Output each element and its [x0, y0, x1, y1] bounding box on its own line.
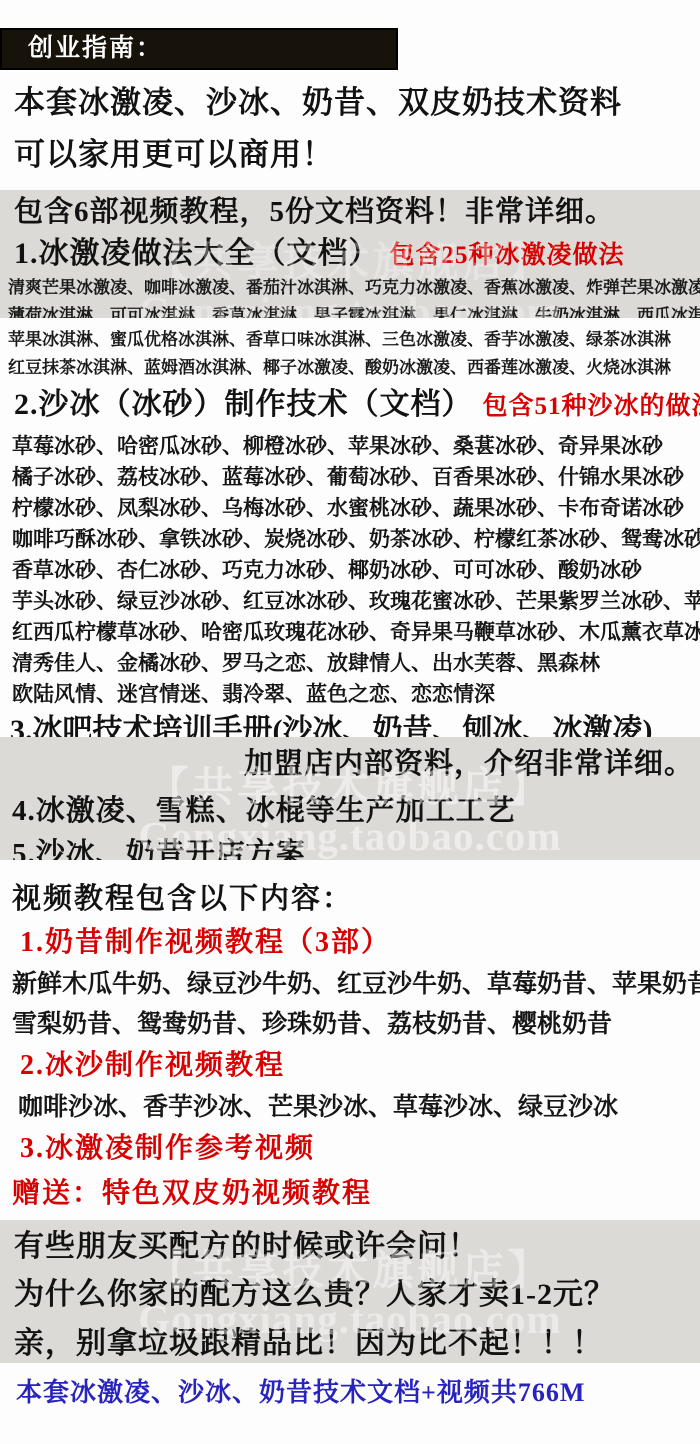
- qa-line-3: 亲，别拿垃圾跟精品比！因为比不起！！！: [14, 1325, 700, 1363]
- doc-section-4-title: 4.冰激凌、雪糕、冰棍等生产加工工艺: [12, 792, 700, 830]
- doc-section-1-note: 包含25种冰激凌做法: [390, 235, 625, 271]
- qa-line-1: 有些朋友买配方的时候或许会问！: [14, 1220, 700, 1266]
- ice-cream-flavor-line: 薄荷冰淇淋、可可冰淇淋、香草冰淇淋、果子露冰淇淋、果仁冰淇淋、牛奶冰淇淋、西瓜冰…: [8, 302, 700, 318]
- smoothie-flavor-line: 橘子冰砂、荔枝冰砂、蓝莓冰砂、葡萄冰砂、百香果冰砂、什锦水果冰砂: [12, 462, 700, 493]
- qa-line-2: 为什么你家的配方这么贵？人家才卖1-2元？: [14, 1276, 700, 1314]
- smoothie-flavor-line: 清秀佳人、金橘冰砂、罗马之恋、放肆情人、出水芙蓉、黑森林: [12, 648, 700, 679]
- smoothie-flavor-line: 欧陆风情、迷宫情迷、翡冷翠、蓝色之恋、恋恋情深: [12, 679, 700, 710]
- smoothie-flavor-line: 红西瓜柠檬草冰砂、哈密瓜玫瑰花冰砂、奇异果马鞭草冰砂、木瓜薰衣草冰砂: [12, 617, 700, 648]
- doc-section-3-subtitle: 加盟店内部资料，介绍非常详细。: [0, 737, 700, 783]
- smoothie-flavor-line: 草莓冰砂、哈密瓜冰砂、柳橙冰砂、苹果冰砂、桑葚冰砂、奇异果冰砂: [12, 431, 700, 462]
- package-size-note: 本套冰激凌、沙冰、奶昔技术文档+视频共766M: [16, 1363, 700, 1410]
- ice-cream-flavor-line: 苹果冰淇淋、蜜瓜优格冰淇淋、香草口味冰淇淋、三色冰激凌、香芋冰激凌、绿茶冰淇淋: [8, 318, 700, 354]
- video-section-2-title: 2.冰沙制作视频教程: [20, 1048, 700, 1084]
- section-footer: 本套冰激凌、沙冰、奶昔技术文档+视频共766M: [0, 1363, 700, 1444]
- header-bar: 创业指南：: [0, 28, 398, 70]
- video-section-1-title: 1.奶昔制作视频教程（3部）: [20, 925, 700, 961]
- doc-section-2-note: 包含51种沙冰的做法: [483, 386, 700, 422]
- section-contents-summary: 包含6部视频教程，5份文档资料！非常详细。 1.冰激凌做法大全（文档） 包含25…: [0, 190, 700, 318]
- slush-flavor-line: 咖啡沙冰、香芋沙冰、芒果沙冰、草莓沙冰、绿豆沙冰: [18, 1091, 700, 1124]
- header-bar-label: 创业指南：: [28, 35, 163, 62]
- section-doc-lists: 苹果冰淇淋、蜜瓜优格冰淇淋、香草口味冰淇淋、三色冰激凌、香芋冰激凌、绿茶冰淇淋 …: [0, 318, 700, 737]
- intro-line-1: 本套冰激凌、沙冰、奶昔、双皮奶技术资料: [14, 84, 700, 122]
- product-description-page: 创业指南： 本套冰激凌、沙冰、奶昔、双皮奶技术资料 可以家用更可以商用！ 包含6…: [0, 0, 700, 1444]
- doc-section-5-title: 5.沙冰、奶昔开店方案: [12, 835, 700, 860]
- ice-cream-flavor-line: 红豆抹茶冰淇淋、蓝姆酒冰淇淋、椰子冰激凌、酸奶冰激凌、西番莲冰激凌、火烧冰淇淋: [8, 354, 700, 382]
- section-intro: 创业指南： 本套冰激凌、沙冰、奶昔、双皮奶技术资料 可以家用更可以商用！: [0, 0, 700, 190]
- section-doc-3-5: 加盟店内部资料，介绍非常详细。 4.冰激凌、雪糕、冰棍等生产加工工艺 5.沙冰、…: [0, 737, 700, 860]
- ice-cream-flavor-line: 清爽芒果冰激凌、咖啡冰激凌、番茄汁冰淇淋、巧克力冰激凌、香蕉冰激凌、炸弹芒果冰激…: [8, 274, 700, 302]
- bonus-video-title: 赠送：特色双皮奶视频教程: [12, 1176, 700, 1212]
- doc-section-1-heading: 1.冰激凌做法大全（文档） 包含25种冰激凌做法: [14, 234, 700, 274]
- smoothie-flavor-line: 香草冰砂、杏仁冰砂、巧克力冰砂、椰奶冰砂、可可冰砂、酸奶冰砂: [12, 555, 700, 586]
- smoothie-flavor-line: 柠檬冰砂、凤梨冰砂、乌梅冰砂、水蜜桃冰砂、蔬果冰砂、卡布奇诺冰砂: [12, 493, 700, 524]
- doc-section-2-heading: 2.沙冰（冰砂）制作技术（文档） 包含51种沙冰的做法: [14, 385, 700, 425]
- contents-summary-line: 包含6部视频教程，5份文档资料！非常详细。: [14, 190, 700, 231]
- doc-section-2-title: 2.沙冰（冰砂）制作技术（文档）: [14, 385, 473, 425]
- section-videos: 视频教程包含以下内容： 1.奶昔制作视频教程（3部） 新鲜木瓜牛奶、绿豆沙牛奶、…: [0, 860, 700, 1220]
- milkshake-flavor-line: 新鲜木瓜牛奶、绿豆沙牛奶、红豆沙牛奶、草莓奶昔、苹果奶昔: [12, 968, 700, 1001]
- video-contents-heading: 视频教程包含以下内容：: [12, 860, 700, 918]
- milkshake-flavor-line: 雪梨奶昔、鸳鸯奶昔、珍珠奶昔、荔枝奶昔、樱桃奶昔: [12, 1008, 700, 1041]
- intro-line-2: 可以家用更可以商用！: [14, 136, 700, 174]
- doc-section-3-title: 3.冰吧技术培训手册(沙冰、奶昔、刨冰、冰激凌): [10, 712, 700, 737]
- section-qa: 有些朋友买配方的时候或许会问！ 为什么你家的配方这么贵？人家才卖1-2元？ 亲，…: [0, 1220, 700, 1363]
- doc-section-1-title: 1.冰激凌做法大全（文档）: [14, 234, 380, 274]
- video-section-3-title: 3.冰激凌制作参考视频: [20, 1131, 700, 1167]
- smoothie-flavor-list: 草莓冰砂、哈密瓜冰砂、柳橙冰砂、苹果冰砂、桑葚冰砂、奇异果冰砂 橘子冰砂、荔枝冰…: [0, 431, 700, 710]
- smoothie-flavor-line: 芋头冰砂、绿豆沙冰砂、红豆冰冰砂、玫瑰花蜜冰砂、芒果紫罗兰冰砂、苹果洛神冰砂: [12, 586, 700, 617]
- smoothie-flavor-line: 咖啡巧酥冰砂、拿铁冰砂、炭烧冰砂、奶茶冰砂、柠檬红茶冰砂、鸳鸯冰砂: [12, 524, 700, 555]
